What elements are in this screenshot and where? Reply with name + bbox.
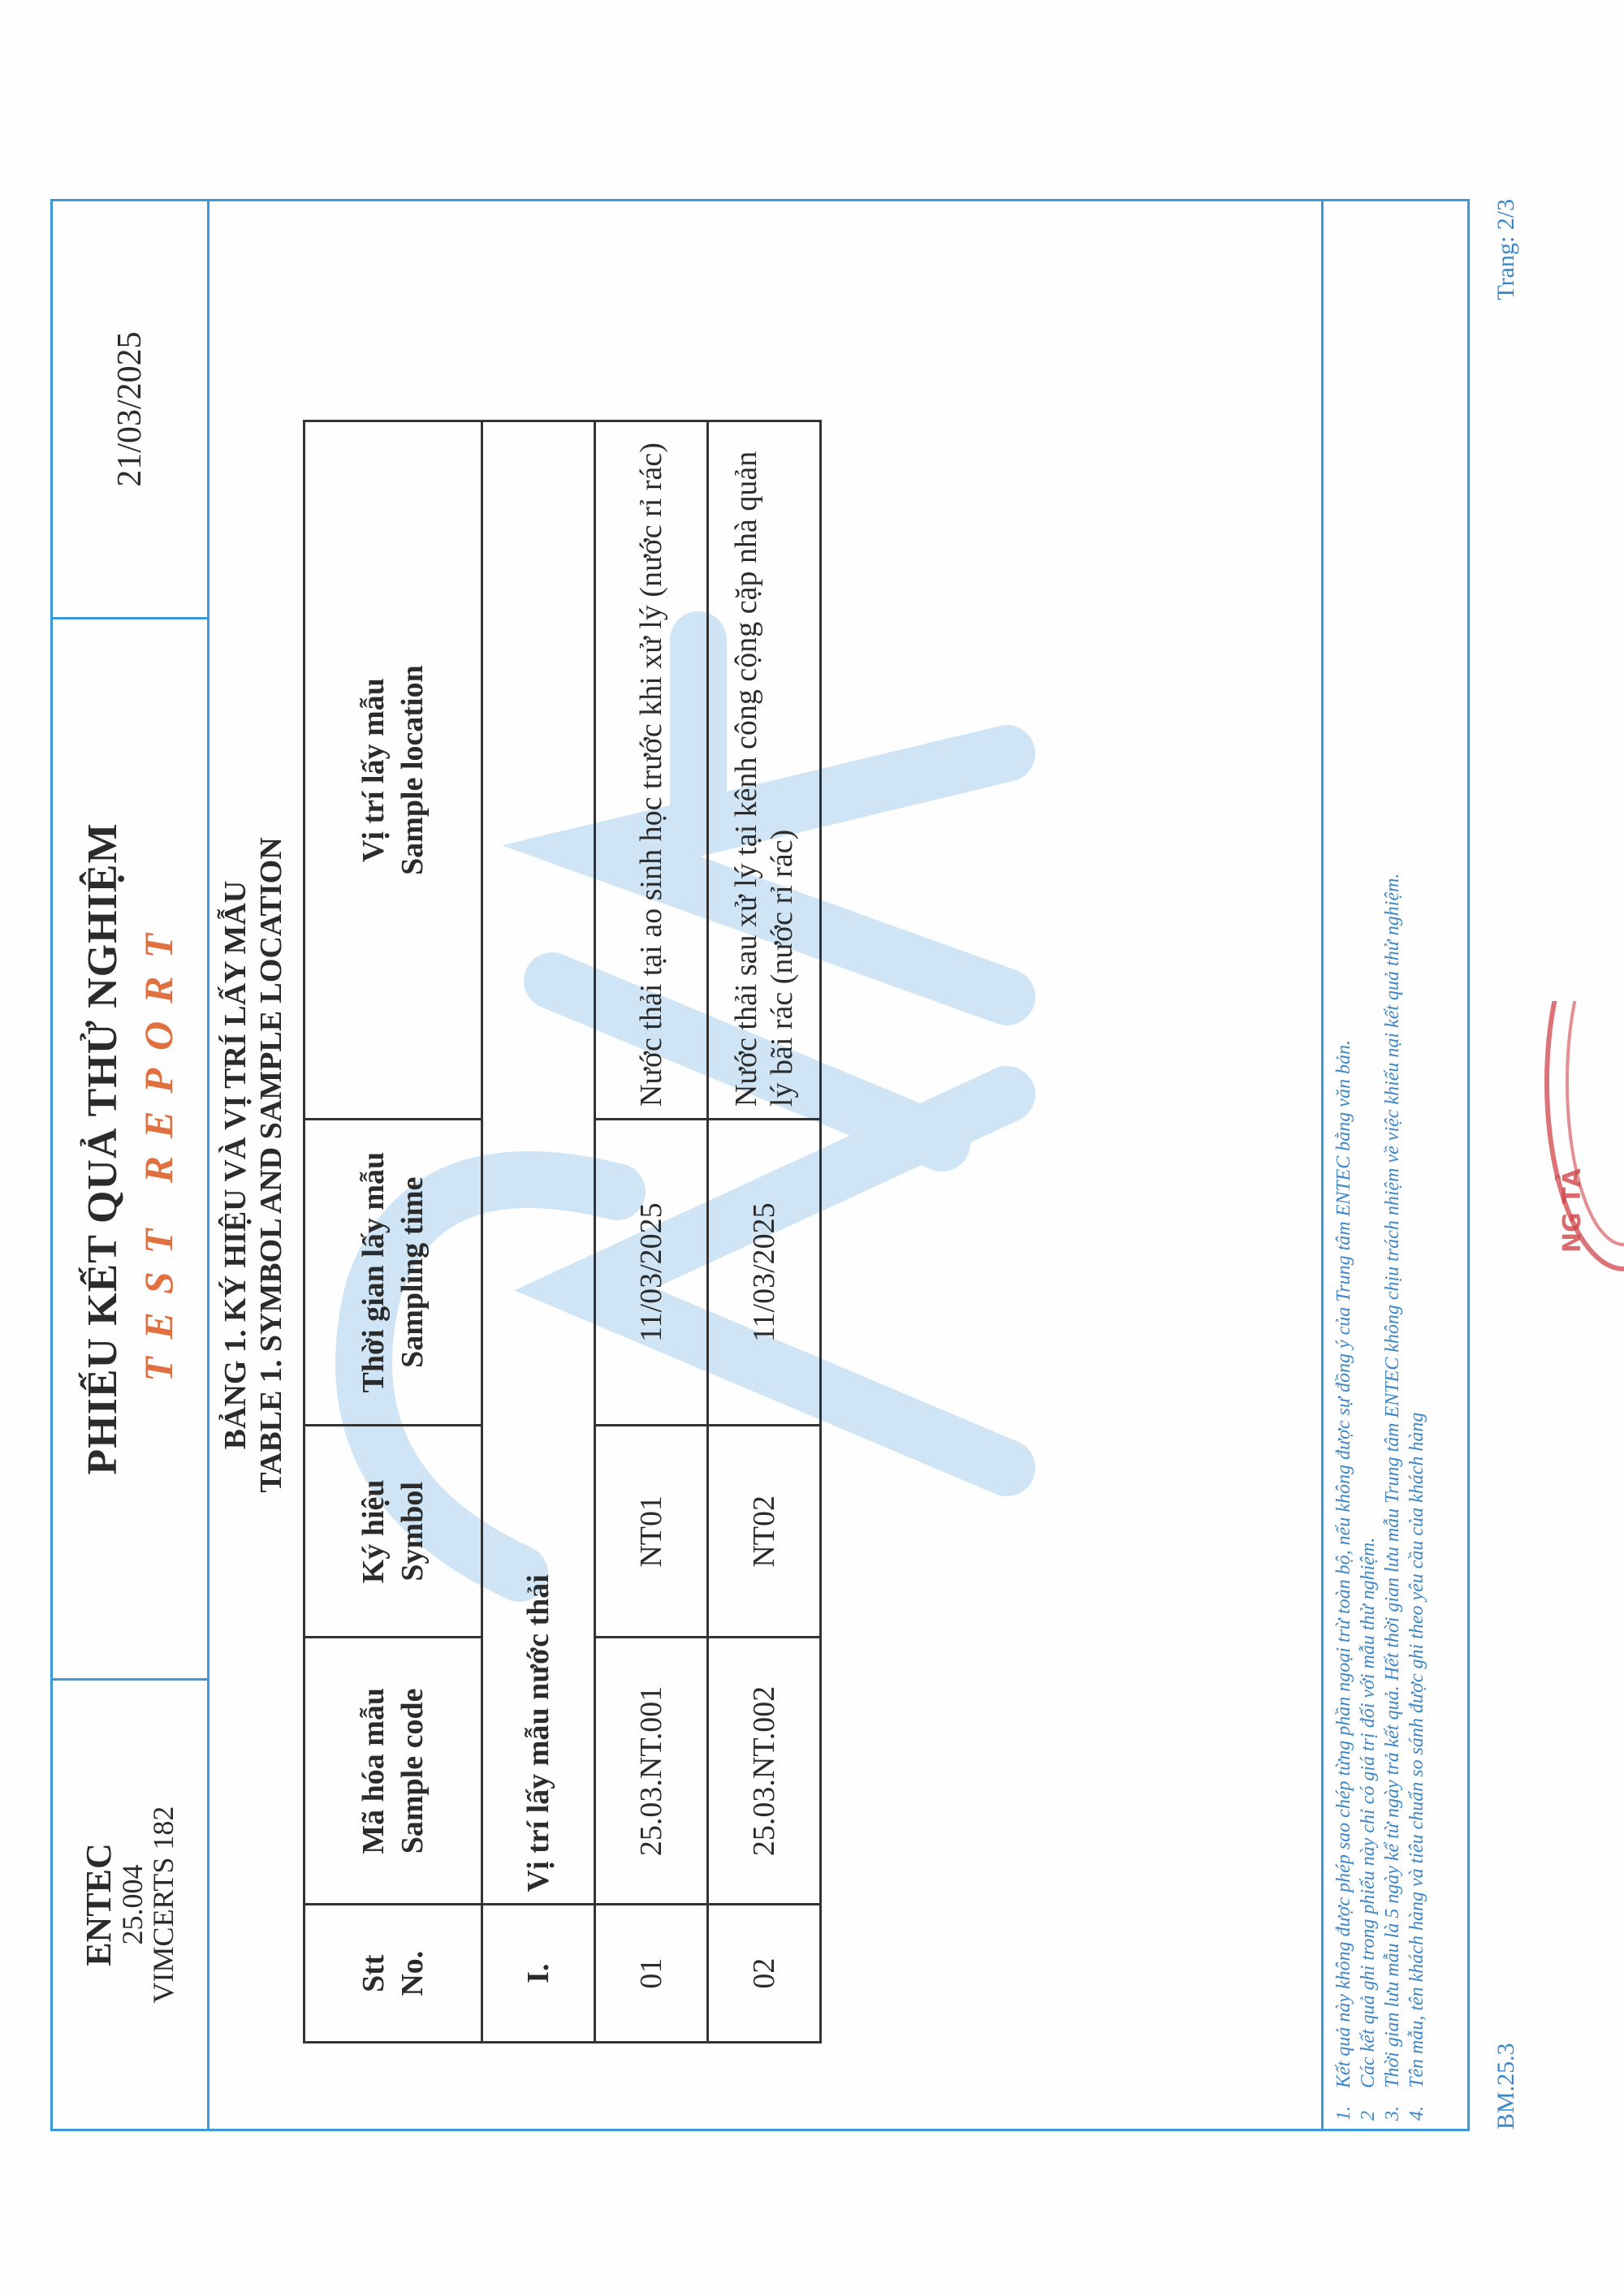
certification-code: VIMCERTS 182 [149, 1806, 179, 2004]
group-index: I. [482, 1905, 595, 2043]
report-title-vn: PHIẾU KẾT QUẢ THỬ NGHIỆM [79, 822, 127, 1474]
report-header: ENTEC 25.004 VIMCERTS 182 PHIẾU KẾT QUẢ … [53, 201, 209, 2129]
column-header-sample-location: Vị trí lấy mẫu Sample location [304, 421, 482, 1120]
stamp-line: NG TẢ [1559, 1168, 1587, 1253]
report-title-block: PHIẾU KẾT QUẢ THỬ NGHIỆM TEST REPORT [53, 619, 207, 1678]
cell-sample-code: 25.03.NT.001 [595, 1638, 708, 1905]
issue-date: 21/03/2025 [53, 201, 207, 619]
note-number: 1. [1332, 2088, 1356, 2121]
cell-sampling-time: 11/03/2025 [595, 1120, 708, 1426]
stamp-ring-icon [1502, 1001, 1624, 1326]
organization-name: ENTEC [80, 1843, 118, 1966]
note-number: 2 [1356, 2088, 1380, 2121]
note-text: Thời gian lưu mẫu là 5 ngày kể từ ngày t… [1380, 874, 1405, 2088]
cell-no: 02 [708, 1905, 821, 2043]
table-row: 02 25.03.NT.002 NT02 11/03/2025 Nước thả… [708, 421, 821, 2043]
table-caption-en: TABLE 1. SYMBOL AND SAMPLE LOCATION [253, 201, 289, 2129]
organization-block: ENTEC 25.004 VIMCERTS 182 [53, 1678, 207, 2129]
group-label: Vị trí lấy mẫu nước thải [482, 421, 595, 1905]
report-title-en: TEST REPORT [135, 916, 182, 1382]
note-text: Các kết quả ghi trong phiếu này chỉ có g… [1356, 1538, 1380, 2088]
column-header-vn: Stt [354, 1917, 393, 2030]
column-header-no: Stt No. [304, 1905, 482, 2043]
column-header-en: Sample code [393, 1650, 432, 1892]
cell-symbol: NT01 [595, 1426, 708, 1638]
note-item: 3. Thời gian lưu mẫu là 5 ngày kể từ ngà… [1380, 201, 1405, 2121]
column-header-sampling-time: Thời gian lấy mẫu Sampling time [304, 1120, 482, 1426]
report-frame: ENTEC 25.004 VIMCERTS 182 PHIẾU KẾT QUẢ … [50, 199, 1470, 2131]
organization-code: 25.004 [118, 1865, 149, 1945]
table-header-row: Stt No. Mã hóa mẫu Sample code Ký hiệu S… [304, 421, 482, 2043]
page-number: Trang: 2/3 [1492, 199, 1520, 300]
column-header-vn: Ký hiệu [354, 1438, 393, 1625]
note-text: Tên mẫu, tên khách hàng và tiêu chuẩn so… [1405, 1413, 1429, 2088]
report-body: BẢNG 1. KÝ HIỆU VÀ VỊ TRÍ LẤY MẪU TABLE … [209, 201, 1321, 2129]
column-header-en: Sampling time [393, 1132, 432, 1413]
note-item: 1. Kết quả này không được phép sao chép … [1332, 201, 1356, 2121]
table-row: 01 25.03.NT.001 NT01 11/03/2025 Nước thả… [595, 421, 708, 2043]
column-header-en: No. [393, 1917, 432, 2030]
cell-sampling-time: 11/03/2025 [708, 1120, 821, 1426]
note-item: 2 Các kết quả ghi trong phiếu này chỉ có… [1356, 201, 1380, 2121]
column-header-vn: Vị trí lấy mẫu [354, 434, 393, 1107]
test-report-page: ENTEC 25.004 VIMCERTS 182 PHIẾU KẾT QUẢ … [0, 0, 1624, 2296]
cell-sample-location: Nước thải sau xử lý tại kênh công cộng c… [708, 421, 821, 1120]
note-number: 3. [1380, 2088, 1405, 2121]
cell-sample-location: Nước thải tại ao sinh học trước khi xử l… [595, 421, 708, 1120]
column-header-en: Symbol [393, 1438, 432, 1625]
red-seal-stamp: NG TẢ [1502, 1001, 1624, 1326]
table-caption: BẢNG 1. KÝ HIỆU VÀ VỊ TRÍ LẤY MẪU TABLE … [218, 201, 289, 2129]
report-notes: 1. Kết quả này không được phép sao chép … [1321, 201, 1467, 2129]
column-header-sample-code: Mã hóa mẫu Sample code [304, 1638, 482, 1905]
table-caption-vn: BẢNG 1. KÝ HIỆU VÀ VỊ TRÍ LẤY MẪU [218, 201, 253, 2129]
column-header-en: Sample location [393, 434, 432, 1107]
note-text: Kết quả này không được phép sao chép từn… [1332, 1040, 1356, 2088]
column-header-symbol: Ký hiệu Symbol [304, 1426, 482, 1638]
cell-sample-code: 25.03.NT.002 [708, 1638, 821, 1905]
stamp-text: NG TẢ [1559, 1168, 1587, 1253]
column-header-vn: Mã hóa mẫu [354, 1650, 393, 1892]
cell-no: 01 [595, 1905, 708, 2043]
note-item: 4. Tên mẫu, tên khách hàng và tiêu chuẩn… [1405, 201, 1429, 2121]
form-code: BM.25.3 [1492, 2043, 1520, 2130]
sample-table-wrapper: Stt No. Mã hóa mẫu Sample code Ký hiệu S… [303, 420, 822, 2044]
table-group-row: I. Vị trí lấy mẫu nước thải [482, 421, 595, 2043]
sample-table: Stt No. Mã hóa mẫu Sample code Ký hiệu S… [303, 420, 822, 2044]
column-header-vn: Thời gian lấy mẫu [354, 1132, 393, 1413]
note-number: 4. [1405, 2088, 1429, 2121]
cell-symbol: NT02 [708, 1426, 821, 1638]
